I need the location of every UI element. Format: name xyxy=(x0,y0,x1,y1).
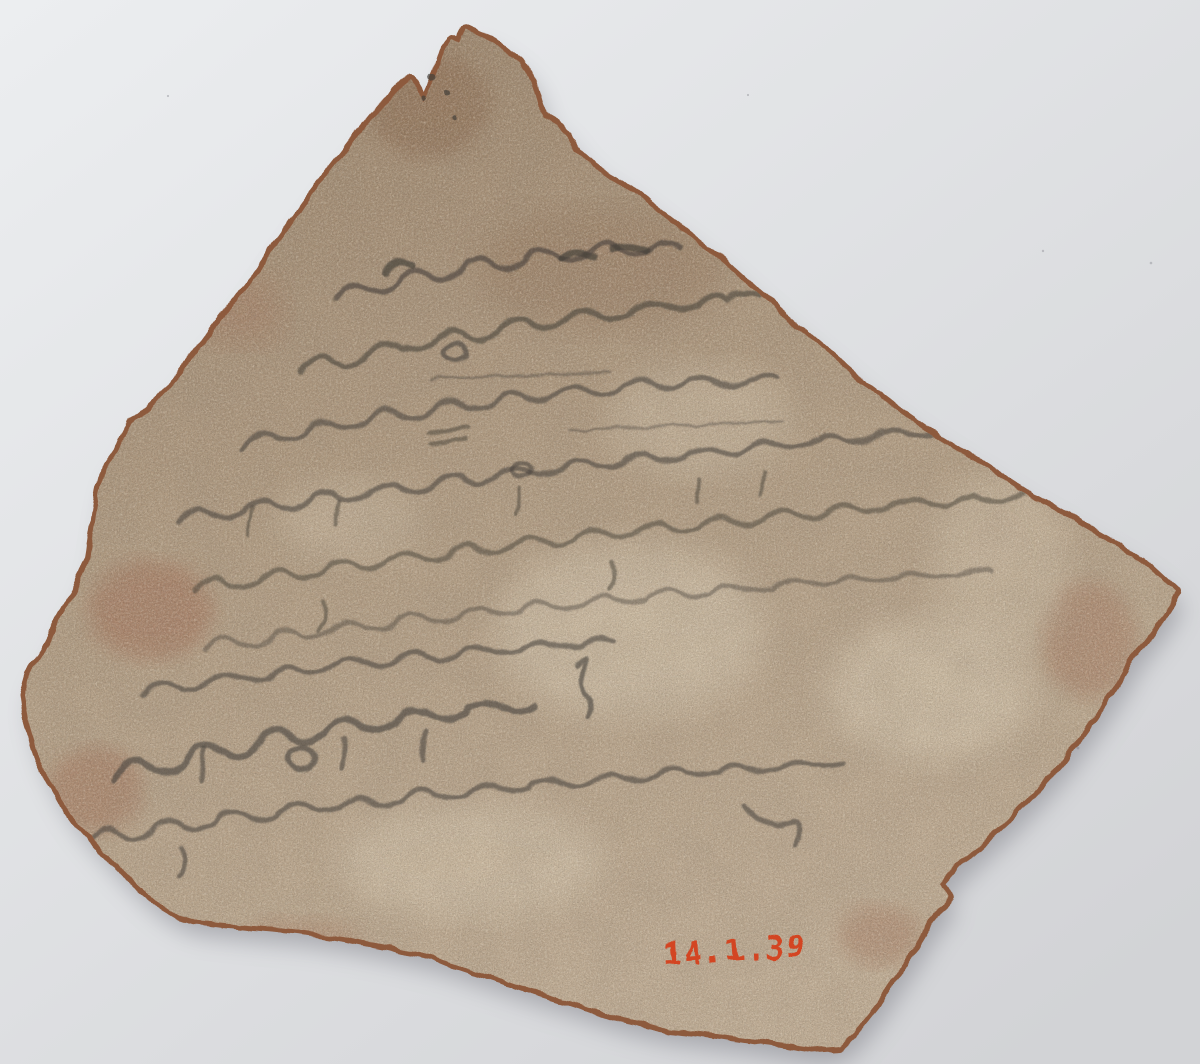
ostracon-photograph: 14.1.39 xyxy=(0,0,1200,1064)
photo-canvas: 14.1.39 xyxy=(0,0,1200,1064)
